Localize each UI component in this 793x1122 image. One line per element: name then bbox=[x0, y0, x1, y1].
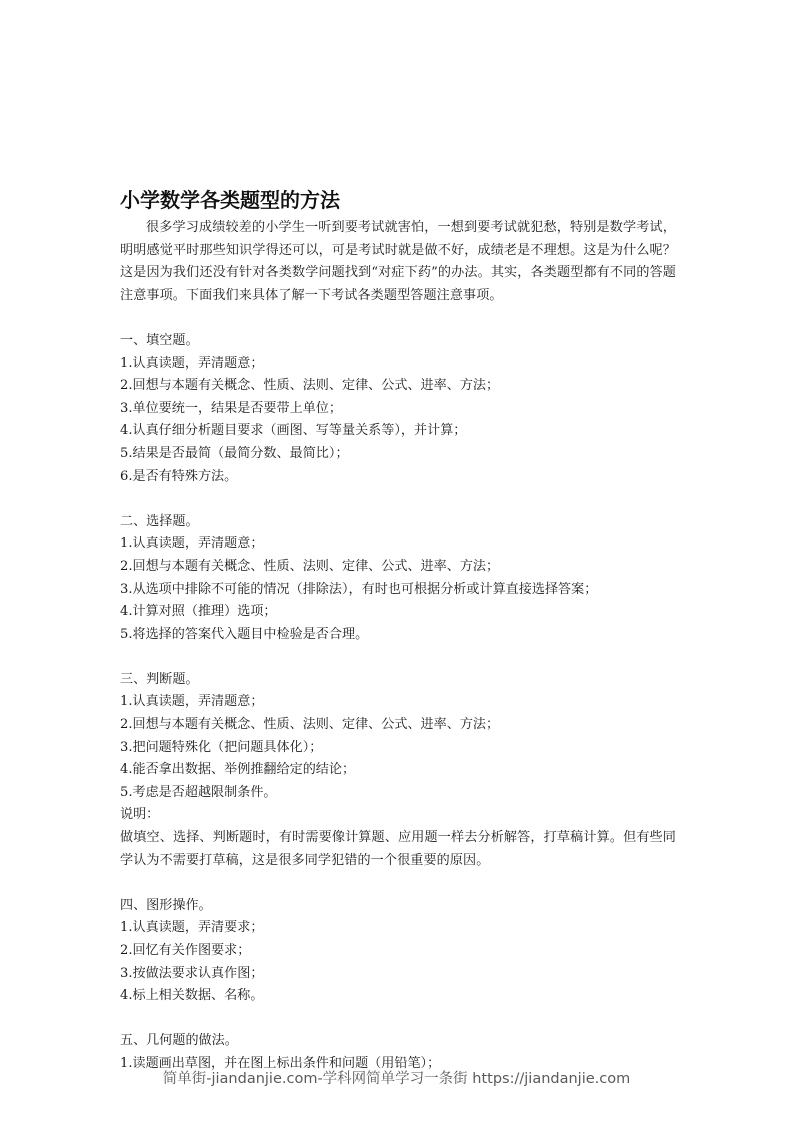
list-item: 2.回想与本题有关概念、性质、法则、定律、公式、进率、方法； bbox=[120, 714, 676, 737]
list-item: 1.认真读题，弄清题意； bbox=[120, 353, 676, 376]
list-item: 3.按做法要求认真作图； bbox=[120, 963, 676, 986]
section-heading: 四、图形操作。 bbox=[120, 895, 676, 918]
list-item: 2.回忆有关作图要求； bbox=[120, 940, 676, 963]
document-content: 小学数学各类题型的方法 很多学习成绩较差的小学生一听到要考试就害怕，一想到要考试… bbox=[120, 185, 676, 1076]
list-item: 4.能否拿出数据、举例推翻给定的结论； bbox=[120, 759, 676, 782]
list-item: 2.回想与本题有关概念、性质、法则、定律、公式、进率、方法； bbox=[120, 556, 676, 579]
section-heading: 一、填空题。 bbox=[120, 330, 676, 353]
list-item: 4.认真仔细分析题目要求（画图、写等量关系等），并计算； bbox=[120, 420, 676, 443]
footer-watermark: 简单街-jiandanjie.com-学科网简单学习一条街 https://ji… bbox=[0, 1067, 793, 1091]
document-page: 小学数学各类题型的方法 很多学习成绩较差的小学生一听到要考试就害怕，一想到要考试… bbox=[0, 0, 793, 1122]
section-heading: 三、判断题。 bbox=[120, 669, 676, 692]
note-label: 说明： bbox=[120, 804, 676, 827]
note-body: 做填空、选择、判断题时，有时需要像计算题、应用题一样去分析解答，打草稿计算。但有… bbox=[120, 827, 676, 872]
list-item: 2.回想与本题有关概念、性质、法则、定律、公式、进率、方法； bbox=[120, 375, 676, 398]
section-heading: 五、几何题的做法。 bbox=[120, 1030, 676, 1053]
list-item: 6.是否有特殊方法。 bbox=[120, 466, 676, 489]
list-item: 4.计算对照（推理）选项； bbox=[120, 601, 676, 624]
list-item: 5.将选择的答案代入题目中检验是否合理。 bbox=[120, 624, 676, 647]
section-heading: 二、选择题。 bbox=[120, 511, 676, 534]
page-title: 小学数学各类题型的方法 bbox=[120, 185, 676, 215]
list-item: 1.认真读题，弄清题意； bbox=[120, 533, 676, 556]
section-graphing: 四、图形操作。 1.认真读题，弄清要求； 2.回忆有关作图要求； 3.按做法要求… bbox=[120, 895, 676, 1008]
list-item: 3.从选项中排除不可能的情况（排除法），有时也可根据分析或计算直接选择答案； bbox=[120, 579, 676, 602]
section-fill-in-blank: 一、填空题。 1.认真读题，弄清题意； 2.回想与本题有关概念、性质、法则、定律… bbox=[120, 330, 676, 488]
list-item: 4.标上相关数据、名称。 bbox=[120, 985, 676, 1008]
list-item: 3.把问题特殊化（把问题具体化）； bbox=[120, 737, 676, 760]
list-item: 3.单位要统一，结果是否要带上单位； bbox=[120, 398, 676, 421]
list-item: 5.结果是否最简（最简分数、最简比）； bbox=[120, 443, 676, 466]
intro-paragraph: 很多学习成绩较差的小学生一听到要考试就害怕，一想到要考试就犯愁，特别是数学考试，… bbox=[120, 217, 676, 307]
list-item: 1.认真读题，弄清要求； bbox=[120, 917, 676, 940]
list-item: 1.认真读题，弄清题意； bbox=[120, 691, 676, 714]
section-multiple-choice: 二、选择题。 1.认真读题，弄清题意； 2.回想与本题有关概念、性质、法则、定律… bbox=[120, 511, 676, 647]
section-true-false: 三、判断题。 1.认真读题，弄清题意； 2.回想与本题有关概念、性质、法则、定律… bbox=[120, 669, 676, 872]
list-item: 5.考虑是否超越限制条件。 bbox=[120, 782, 676, 805]
